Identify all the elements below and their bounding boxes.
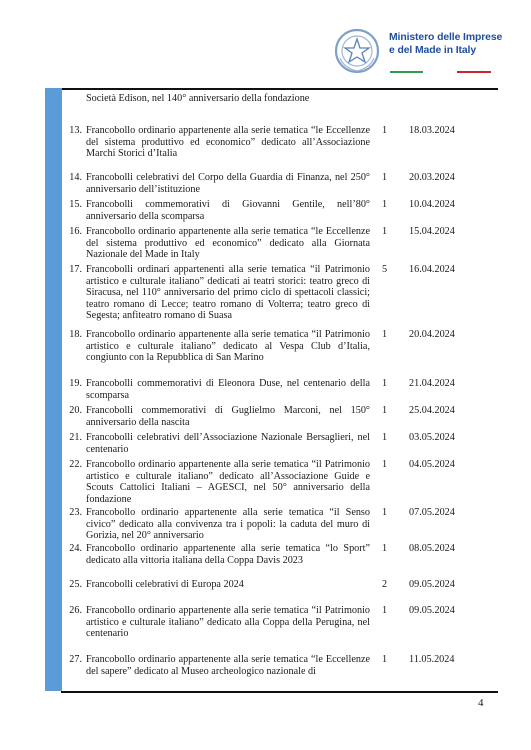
row-number: 24. (64, 543, 82, 555)
ministry-name-line1: Ministero delle Imprese (389, 32, 502, 45)
row-number: 18. (64, 329, 82, 341)
row-description: Francobolli celebrativi del Corpo della … (86, 172, 370, 195)
row-date: 18.03.2024 (409, 125, 489, 137)
row-date: 20.03.2024 (409, 172, 489, 184)
row-number: 17. (64, 264, 82, 276)
row-date: 09.05.2024 (409, 579, 489, 591)
row-date: 07.05.2024 (409, 507, 489, 519)
row-quantity: 1 (382, 432, 394, 444)
row-number: 23. (64, 507, 82, 519)
row-quantity: 1 (382, 172, 394, 184)
row-description: Francobollo ordinario appartenente alla … (86, 459, 370, 505)
row-date: 09.05.2024 (409, 605, 489, 617)
row-number: 22. (64, 459, 82, 471)
row-date: 10.04.2024 (409, 199, 489, 211)
row-number: 26. (64, 605, 82, 617)
row-date: 03.05.2024 (409, 432, 489, 444)
row-quantity: 5 (382, 264, 394, 276)
row-date: 16.04.2024 (409, 264, 489, 276)
row-quantity: 1 (382, 125, 394, 137)
row-quantity: 1 (382, 507, 394, 519)
row-quantity: 1 (382, 329, 394, 341)
row-quantity: 2 (382, 579, 394, 591)
row-number: 20. (64, 405, 82, 417)
row-number: 19. (64, 378, 82, 390)
row-date: 04.05.2024 (409, 459, 489, 471)
row-quantity: 1 (382, 378, 394, 390)
row-number: 27. (64, 654, 82, 666)
ministry-header: Ministero delle Imprese e del Made in It… (334, 28, 524, 78)
row-quantity: 1 (382, 405, 394, 417)
flag-red-line (457, 71, 491, 73)
row-quantity: 1 (382, 459, 394, 471)
row-description: Francobollo ordinario appartenente alla … (86, 226, 370, 261)
row-date: 20.04.2024 (409, 329, 489, 341)
row-description: Francobolli celebrativi di Europa 2024 (86, 579, 370, 591)
row-quantity: 1 (382, 543, 394, 555)
row-number: 15. (64, 199, 82, 211)
row-description: Francobolli commemorativi di Guglielmo M… (86, 405, 370, 428)
row-description: Società Edison, nel 140° anniversario de… (86, 93, 386, 105)
row-date: 21.04.2024 (409, 378, 489, 390)
row-number: 16. (64, 226, 82, 238)
row-description: Francobollo ordinario appartenente alla … (86, 125, 370, 160)
row-description: Francobolli ordinari appartenenti alla s… (86, 264, 370, 322)
table-top-border (61, 88, 498, 90)
table-bottom-border (61, 691, 498, 693)
row-date: 15.04.2024 (409, 226, 489, 238)
row-description: Francobolli celebrativi dell’Associazion… (86, 432, 370, 455)
ministry-name-line2: e del Made in Italy (389, 45, 502, 58)
row-quantity: 1 (382, 654, 394, 666)
row-number: 25. (64, 579, 82, 591)
row-date: 11.05.2024 (409, 654, 489, 666)
row-quantity: 1 (382, 199, 394, 211)
row-quantity: 1 (382, 605, 394, 617)
table-accent-bar (45, 88, 62, 691)
italian-republic-emblem-icon (334, 28, 380, 74)
page-number: 4 (478, 697, 484, 709)
row-description: Francobollo ordinario appartenente alla … (86, 543, 370, 566)
row-description: Francobolli commemorativi di Eleonora Du… (86, 378, 370, 401)
row-description: Francobollo ordinario appartenente alla … (86, 654, 370, 677)
row-number: 14. (64, 172, 82, 184)
row-description: Francobollo ordinario appartenente alla … (86, 507, 370, 542)
flag-green-line (390, 71, 423, 73)
row-description: Francobolli commemorativi di Giovanni Ge… (86, 199, 370, 222)
row-quantity: 1 (382, 226, 394, 238)
ministry-name: Ministero delle Imprese e del Made in It… (389, 32, 502, 57)
stamp-issues-table: Società Edison, nel 140° anniversario de… (45, 88, 498, 693)
row-number: 13. (64, 125, 82, 137)
row-date: 08.05.2024 (409, 543, 489, 555)
row-number: 21. (64, 432, 82, 444)
row-description: Francobollo ordinario appartenente alla … (86, 329, 370, 364)
row-description: Francobollo ordinario appartenente alla … (86, 605, 370, 640)
row-date: 25.04.2024 (409, 405, 489, 417)
